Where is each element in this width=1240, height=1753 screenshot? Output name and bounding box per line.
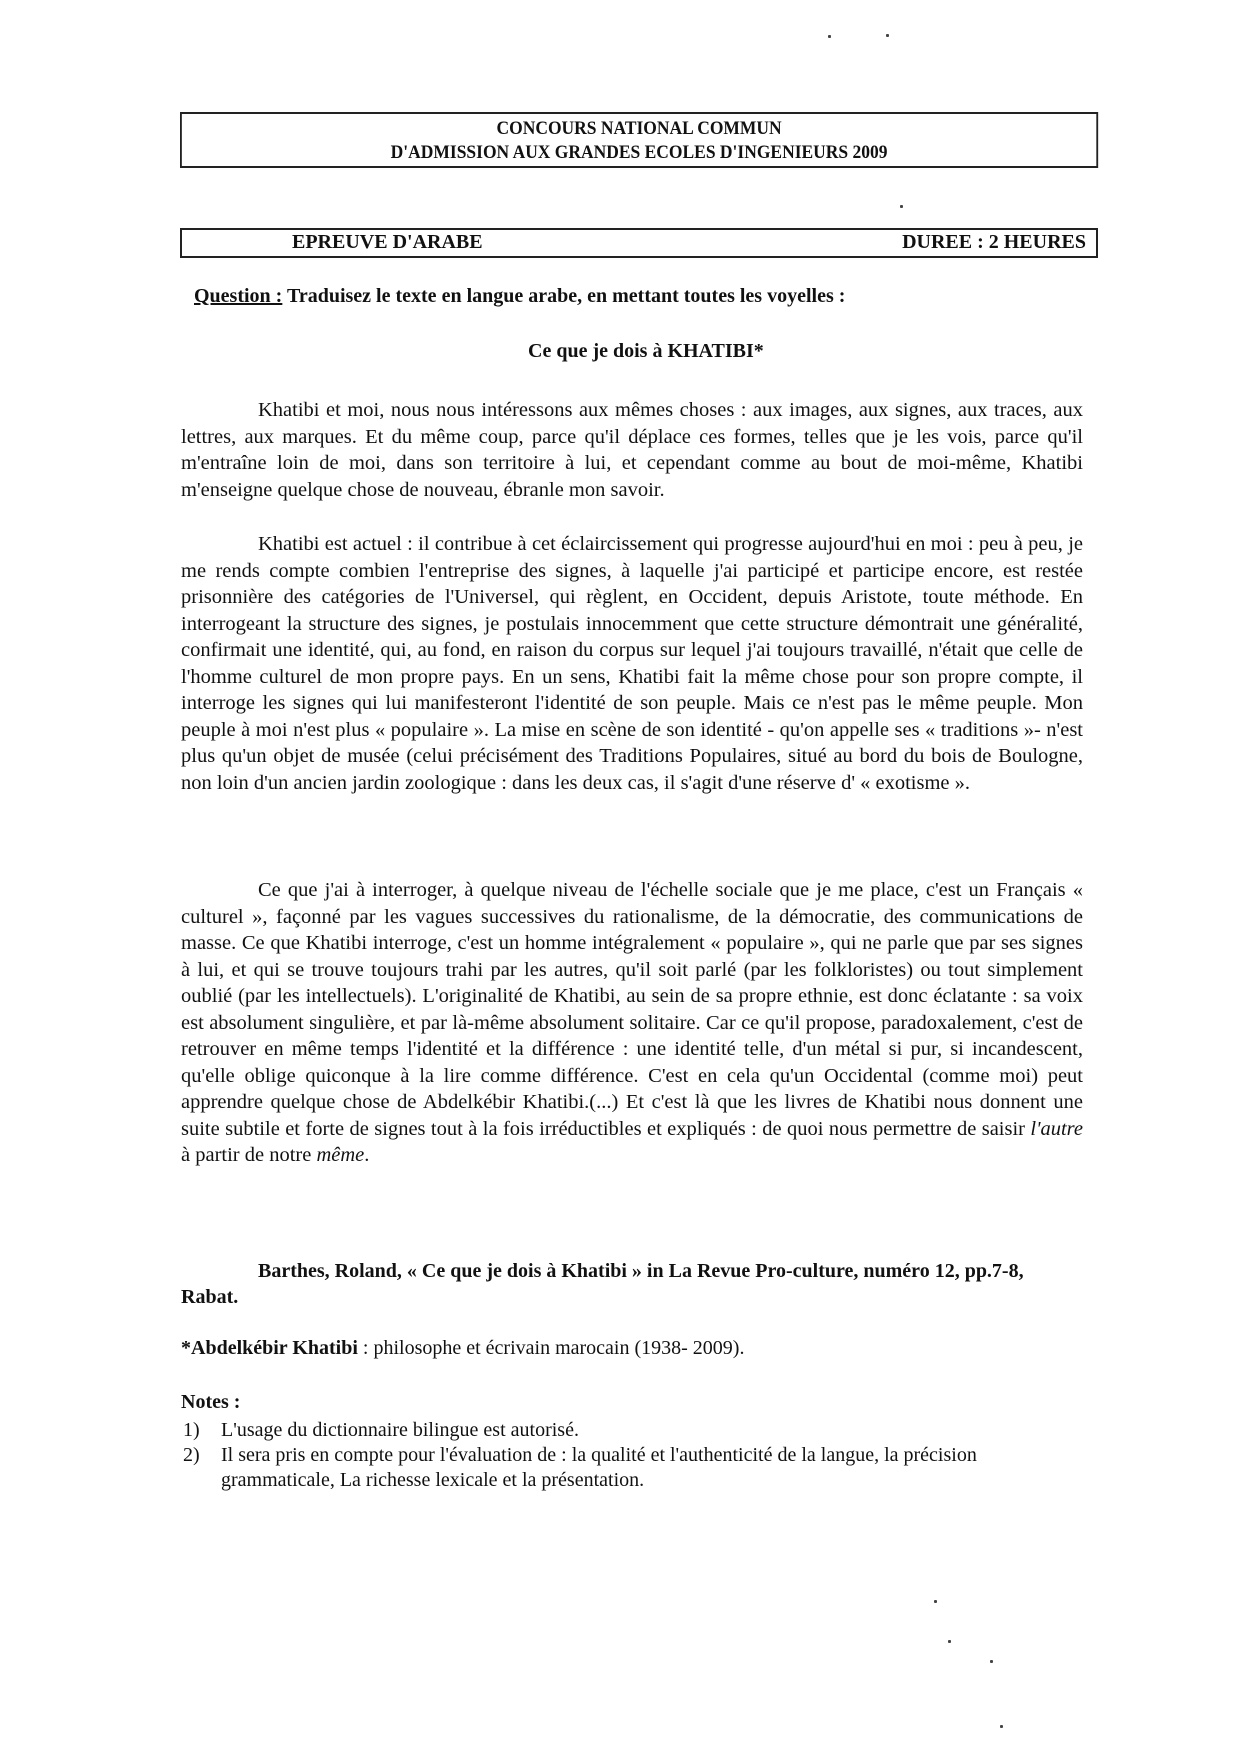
exam-duration: DUREE : 2 HEURES (902, 231, 1086, 254)
question-text: Traduisez le texte en langue arabe, en m… (282, 285, 845, 307)
scan-speck (948, 1640, 951, 1643)
paragraph-3-mid: à partir de notre (181, 1144, 316, 1166)
footnote-name: *Abdelkébir Khatibi (181, 1337, 358, 1359)
exam-subject: EPREUVE D'ARABE (292, 231, 483, 254)
exam-header-box: CONCOURS NATIONAL COMMUN D'ADMISSION AUX… (180, 112, 1098, 168)
paragraph-3-text: Ce que j'ai à interroger, à quelque nive… (181, 879, 1083, 1140)
scan-speck (934, 1600, 937, 1603)
paragraph-2: Khatibi est actuel : il contribue à cet … (181, 531, 1083, 796)
scan-speck (990, 1660, 993, 1663)
italic-meme: même (316, 1144, 364, 1166)
note-text: L'usage du dictionnaire bilingue est aut… (221, 1418, 1081, 1443)
scan-speck (828, 35, 831, 38)
source-reference: Barthes, Roland, « Ce que je dois à Khat… (181, 1258, 1083, 1310)
note-text: Il sera pris en compte pour l'évaluation… (221, 1443, 1081, 1493)
scan-speck (886, 34, 889, 37)
text-title: Ce que je dois à KHATIBI* (528, 340, 764, 363)
author-footnote: *Abdelkébir Khatibi : philosophe et écri… (181, 1337, 744, 1360)
paragraph-2-text: Khatibi est actuel : il contribue à cet … (181, 533, 1083, 794)
note-number: 1) (181, 1418, 221, 1443)
source-reference-text: Barthes, Roland, « Ce que je dois à Khat… (181, 1260, 1024, 1308)
scan-speck (1000, 1725, 1003, 1728)
scan-speck (900, 205, 903, 208)
header-line-1: CONCOURS NATIONAL COMMUN (182, 117, 1096, 141)
question-label: Question : (194, 285, 282, 307)
note-number: 2) (181, 1443, 221, 1493)
notes-title: Notes : (181, 1391, 240, 1414)
paragraph-3: Ce que j'ai à interroger, à quelque nive… (181, 877, 1083, 1169)
paragraph-1-text: Khatibi et moi, nous nous intéressons au… (181, 399, 1083, 501)
paragraph-3-end: . (364, 1144, 369, 1166)
note-item: 1) L'usage du dictionnaire bilingue est … (181, 1418, 1081, 1443)
note-item: 2) Il sera pris en compte pour l'évaluat… (181, 1443, 1081, 1493)
exam-info-bar: EPREUVE D'ARABE DUREE : 2 HEURES (180, 228, 1098, 258)
question-instruction: Question : Traduisez le texte en langue … (194, 285, 845, 308)
exam-page: CONCOURS NATIONAL COMMUN D'ADMISSION AUX… (0, 0, 1240, 1753)
notes-list: 1) L'usage du dictionnaire bilingue est … (181, 1418, 1081, 1493)
italic-lautre: l'autre (1030, 1118, 1083, 1140)
footnote-text: : philosophe et écrivain marocain (1938-… (358, 1337, 745, 1359)
header-line-2: D'ADMISSION AUX GRANDES ECOLES D'INGENIE… (182, 141, 1096, 165)
paragraph-1: Khatibi et moi, nous nous intéressons au… (181, 397, 1083, 503)
